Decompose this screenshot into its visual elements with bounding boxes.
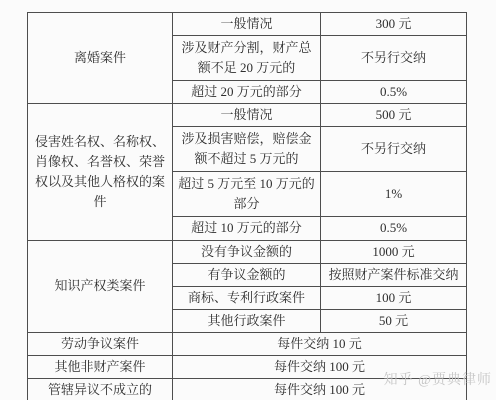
condition-cell: 超过 20 万元的部分 — [173, 81, 321, 104]
table-row: 侵害姓名权、名称权、肖像权、名誉权、荣誉权以及其他人格权的案件 一般情况 500… — [28, 104, 467, 127]
table-row: 知识产权类案件 没有争议金额的 1000 元 — [28, 240, 467, 263]
court-fee-table: 离婚案件 一般情况 300 元 涉及财产分割，财产总额不足 20 万元的 不另行… — [27, 12, 467, 400]
condition-cell: 涉及损害赔偿，赔偿金额不超过 5 万元的 — [173, 127, 321, 172]
category-cell: 管辖异议不成立的 — [28, 379, 173, 400]
category-cell: 离婚案件 — [28, 13, 173, 104]
fee-cell: 50 元 — [321, 309, 467, 332]
fee-cell: 0.5% — [321, 81, 467, 104]
category-cell: 劳动争议案件 — [28, 333, 173, 356]
fee-cell: 300 元 — [321, 13, 467, 36]
table-row: 离婚案件 一般情况 300 元 — [28, 13, 467, 36]
condition-cell: 商标、专利行政案件 — [173, 286, 321, 309]
category-cell: 知识产权类案件 — [28, 240, 173, 333]
fee-cell: 按照财产案件标准交纳 — [321, 263, 467, 286]
fee-cell: 500 元 — [321, 104, 467, 127]
fee-cell: 1% — [321, 172, 467, 217]
zhihu-watermark: 知乎 @贾典律师 — [384, 369, 492, 389]
condition-cell: 一般情况 — [173, 13, 321, 36]
fee-cell: 100 元 — [321, 286, 467, 309]
fee-cell: 1000 元 — [321, 240, 467, 263]
category-cell: 侵害姓名权、名称权、肖像权、名誉权、荣誉权以及其他人格权的案件 — [28, 104, 173, 240]
condition-cell: 其他行政案件 — [173, 309, 321, 332]
fee-cell: 0.5% — [321, 217, 467, 240]
condition-cell: 超过 10 万元的部分 — [173, 217, 321, 240]
condition-cell: 没有争议金额的 — [173, 240, 321, 263]
condition-cell: 涉及财产分割，财产总额不足 20 万元的 — [173, 36, 321, 81]
condition-cell: 一般情况 — [173, 104, 321, 127]
condition-cell: 有争议金额的 — [173, 263, 321, 286]
fee-cell: 每件交纳 10 元 — [173, 333, 467, 356]
table-row: 劳动争议案件 每件交纳 10 元 — [28, 333, 467, 356]
category-cell: 其他非财产案件 — [28, 356, 173, 379]
fee-cell: 不另行交纳 — [321, 127, 467, 172]
fee-cell: 不另行交纳 — [321, 36, 467, 81]
condition-cell: 超过 5 万元至 10 万元的部分 — [173, 172, 321, 217]
